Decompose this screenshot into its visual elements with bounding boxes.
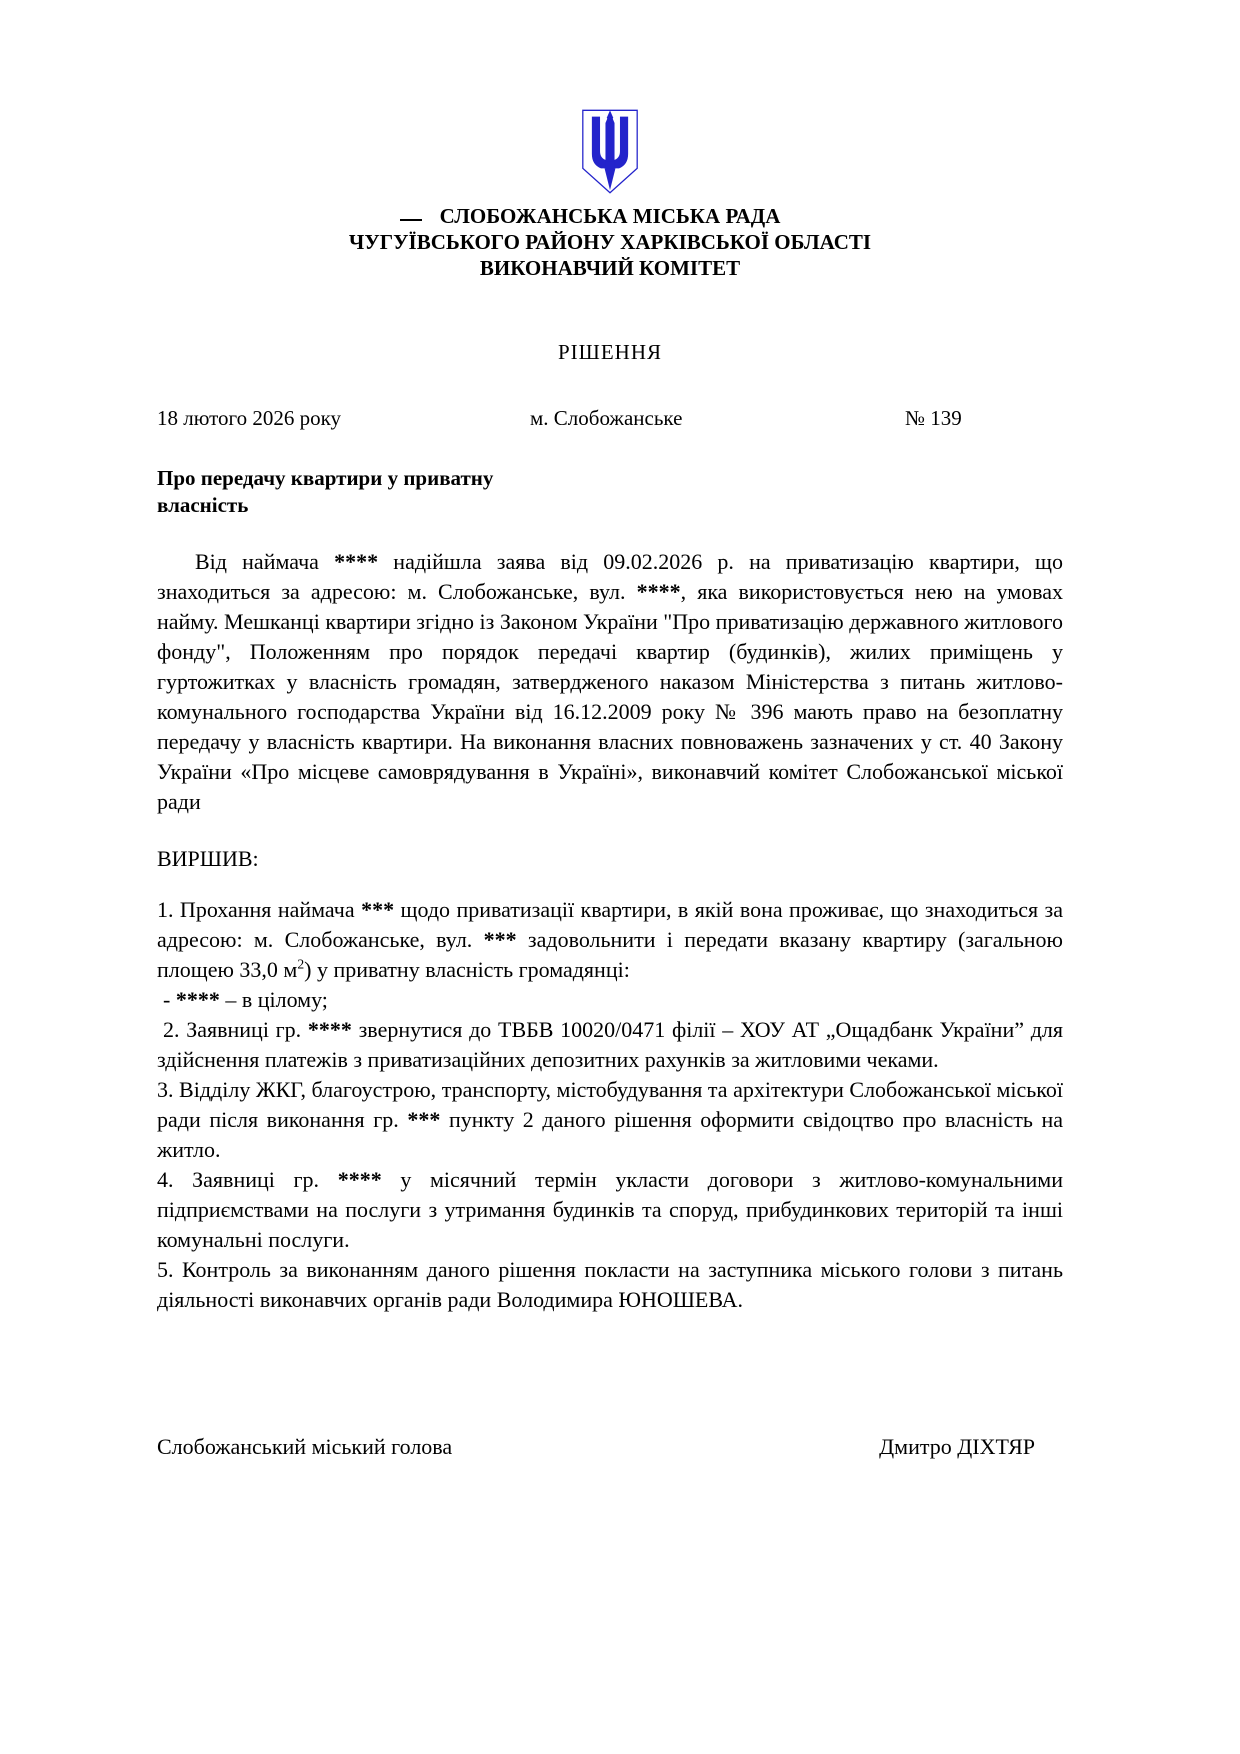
document-page: СЛОБОЖАНСЬКА МІСЬКА РАДА ЧУГУЇВСЬКОГО РА…: [0, 0, 1240, 1754]
resolved-label: ВИРШИВ:: [157, 846, 1063, 872]
signer-name: Дмитро ДІХТЯР: [879, 1433, 1063, 1461]
issuer-name: СЛОБОЖАНСЬКА МІСЬКА РАДА: [157, 203, 1063, 229]
resolution-item-3: 3. Відділу ЖКГ, благоустрою, транспорту,…: [157, 1075, 1063, 1165]
resolution-item-5: 5. Контроль за виконанням даного рішення…: [157, 1255, 1063, 1315]
resolution-item-1-sub: - **** – в цілому;: [157, 985, 1063, 1015]
date-place-number-row: 18 лютого 2026 року м. Слобожанське № 13…: [157, 405, 1063, 431]
signer-position: Слобожанський міський голова: [157, 1433, 452, 1461]
issuer-district: ЧУГУЇВСЬКОГО РАЙОНУ ХАРКІВСЬКОЇ ОБЛАСТІ: [157, 229, 1063, 255]
subject-line-2: власність: [157, 492, 1063, 519]
resolution-items: 1. Прохання наймача *** щодо приватизаці…: [157, 895, 1063, 1315]
preamble-paragraph: Від наймача **** надійшла заява від 09.0…: [157, 547, 1063, 817]
signature-row: Слобожанський міський голова Дмитро ДІХТ…: [157, 1433, 1063, 1461]
trident-glyph: [592, 110, 628, 190]
resolution-item-4: 4. Заявниці гр. **** у місячний термін у…: [157, 1165, 1063, 1255]
issuer-header: СЛОБОЖАНСЬКА МІСЬКА РАДА ЧУГУЇВСЬКОГО РА…: [157, 203, 1063, 281]
document-date: 18 лютого 2026 року: [157, 405, 341, 431]
document-number: № 139: [905, 405, 962, 431]
document-subject: Про передачу квартири у приватну власніс…: [157, 465, 1063, 519]
ukraine-trident-emblem: [581, 108, 639, 196]
trident-svg: [581, 108, 639, 196]
document-place: м. Слобожанське: [530, 405, 682, 431]
document-type-title: РІШЕННЯ: [157, 339, 1063, 365]
resolution-item-2: 2. Заявниці гр. **** звернутися до ТВБВ …: [157, 1015, 1063, 1075]
resolution-item-1: 1. Прохання наймача *** щодо приватизаці…: [157, 895, 1063, 985]
subject-line-1: Про передачу квартири у приватну: [157, 465, 1063, 492]
issuer-committee: ВИКОНАВЧИЙ КОМІТЕТ: [157, 255, 1063, 281]
scan-artifact-dash: [400, 219, 422, 221]
